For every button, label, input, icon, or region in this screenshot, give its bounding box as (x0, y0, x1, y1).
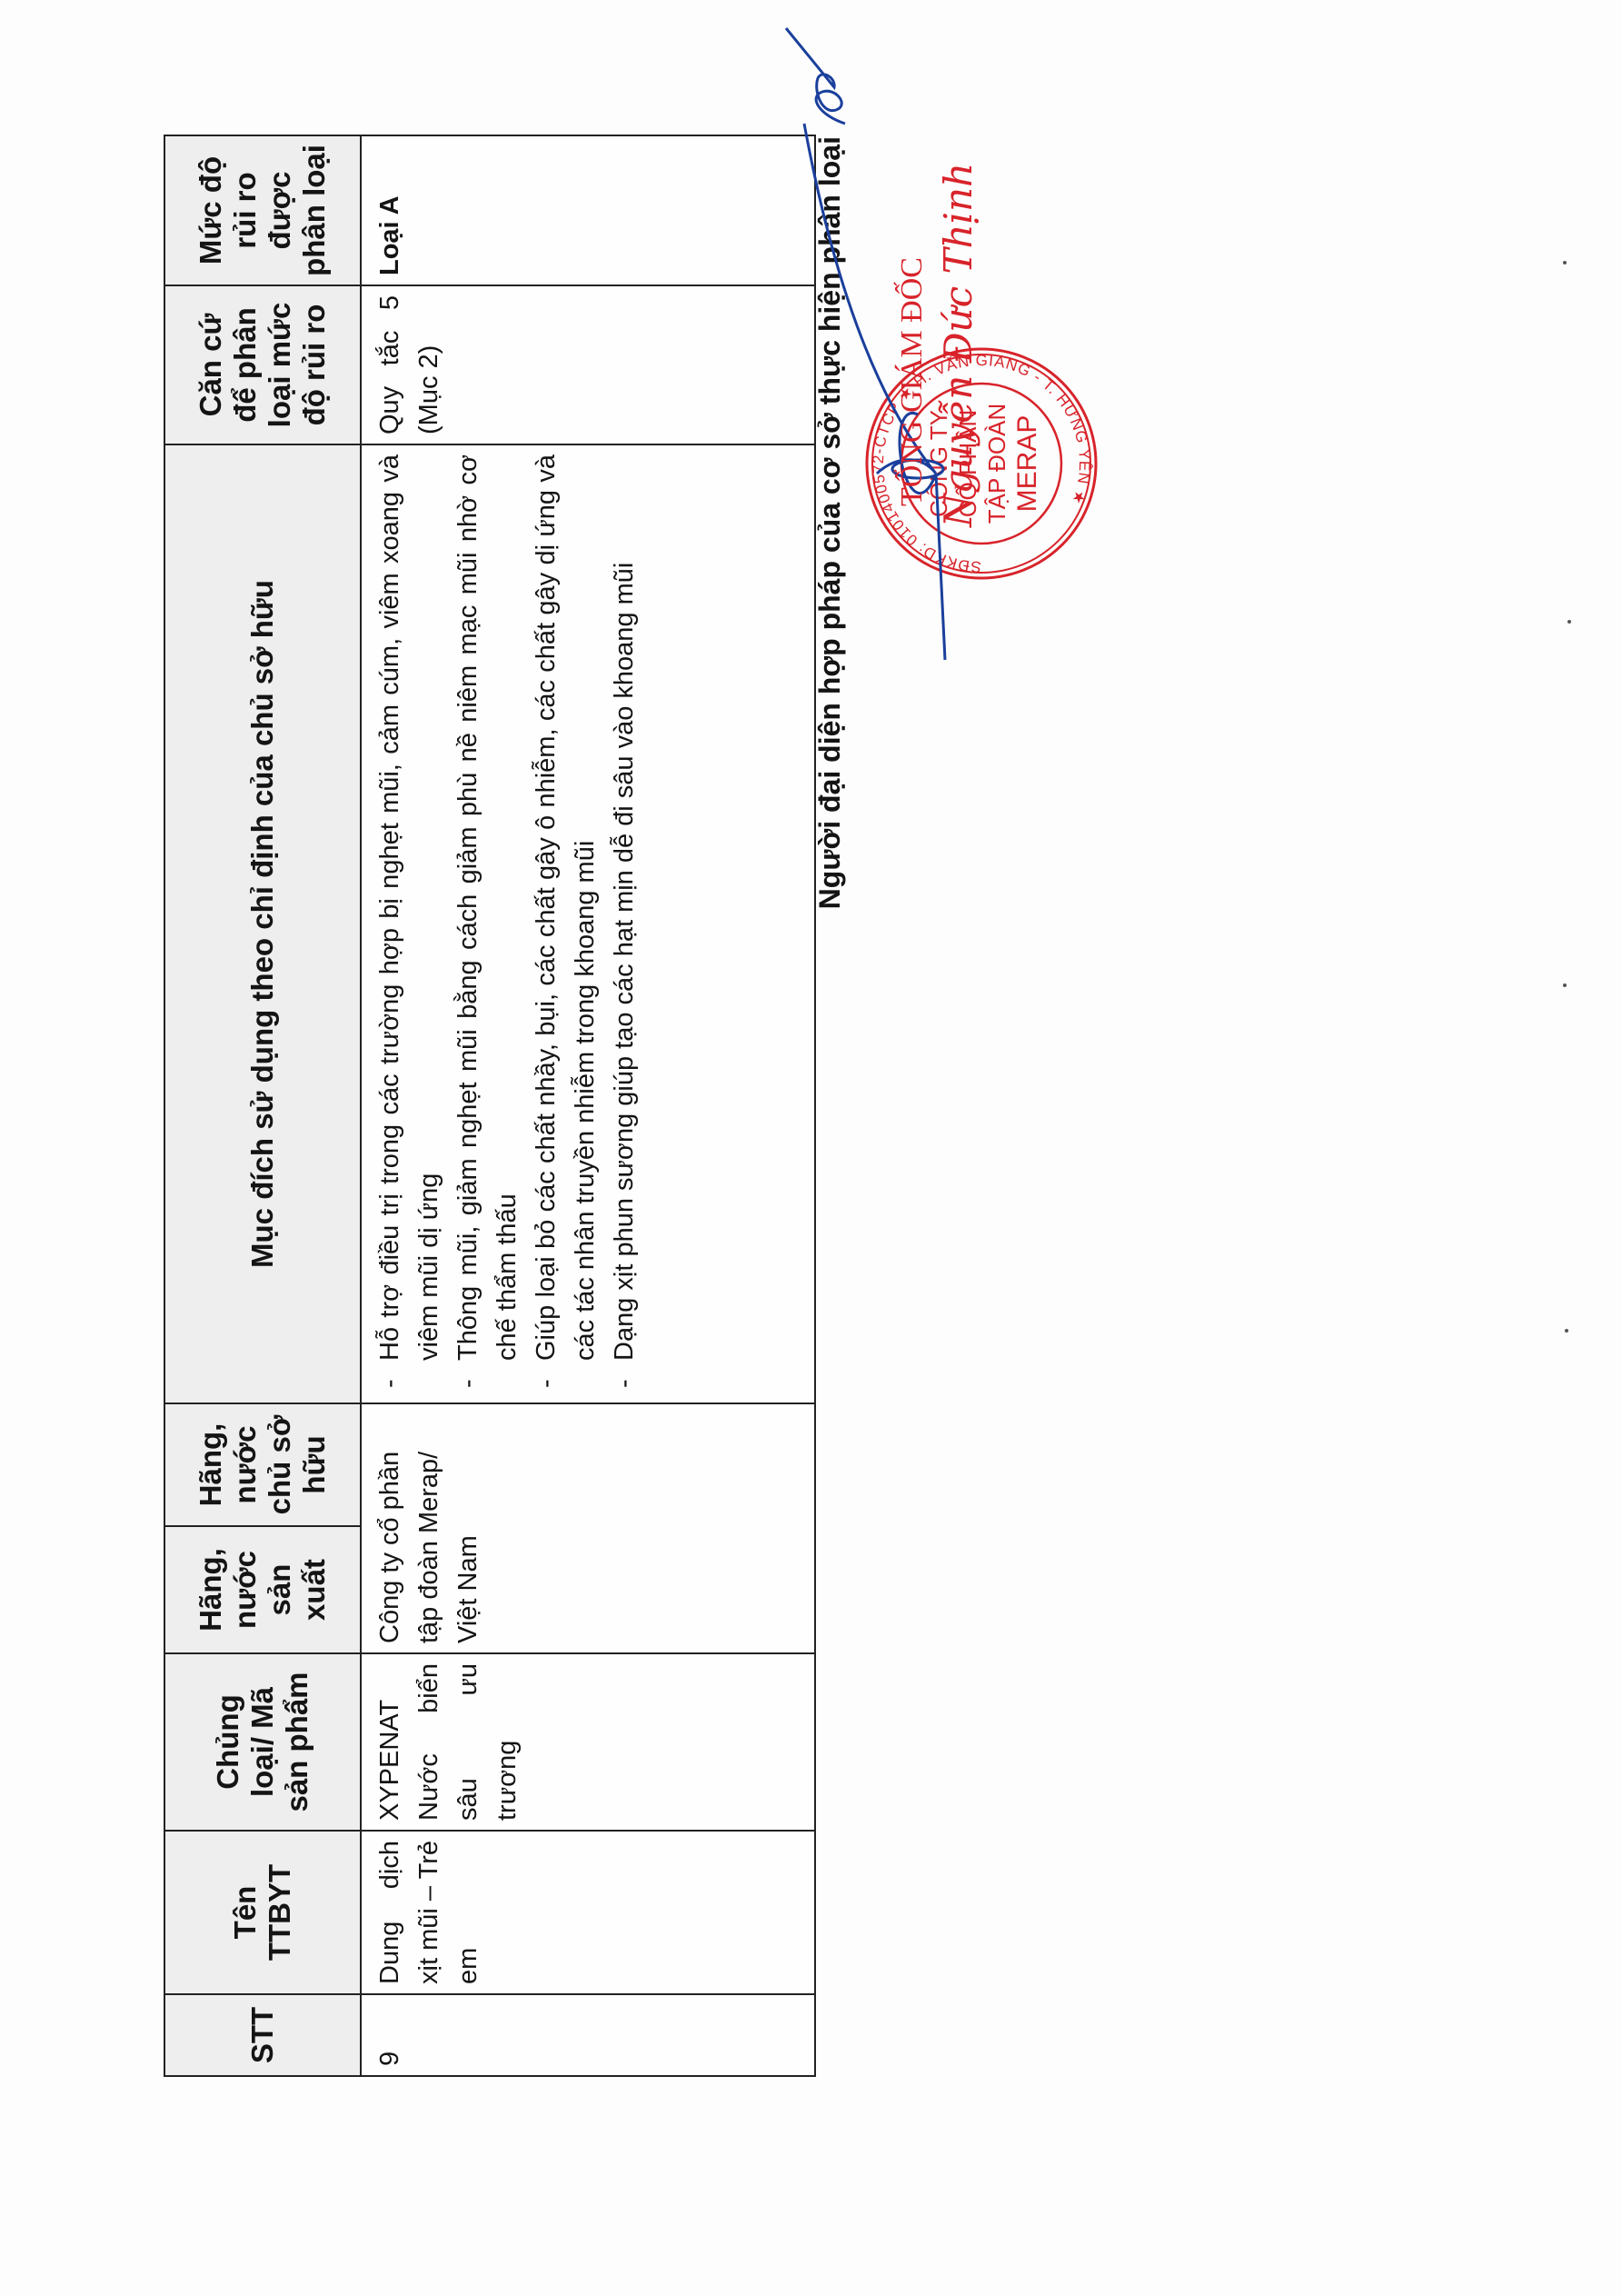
scan-speck (1563, 983, 1567, 987)
document-page: STT Tên TTBYT Chủng loại/ Mã sản phẩm Hã… (0, 0, 1622, 2296)
cell-device-name: Dung dịch xịt mũi – Trẻ em (361, 1831, 815, 1994)
svg-text:MERAP: MERAP (1012, 415, 1042, 513)
purpose-item: Hỗ trợ điều trị trong các trường hợp bị … (371, 454, 449, 1393)
header-basis: Căn cứ để phân loại mức độ rủi ro (164, 285, 361, 444)
header-type-code: Chủng loại/ Mã sản phẩm (164, 1653, 361, 1831)
scan-speck (1563, 261, 1567, 265)
cell-type-code: XYPENAT Nước biển sâu ưu trương (361, 1653, 815, 1831)
purpose-list: Hỗ trợ điều trị trong các trường hợp bị … (371, 454, 644, 1393)
header-risk-class: Mức độ rủi ro được phân loại (164, 135, 361, 285)
cell-stt: 9 (361, 1994, 815, 2076)
purpose-item: Giúp loại bỏ các chất nhầy, bụi, các chấ… (527, 454, 605, 1393)
table-header-row: STT Tên TTBYT Chủng loại/ Mã sản phẩm Hã… (164, 135, 361, 2076)
risk-classification-table: STT Tên TTBYT Chủng loại/ Mã sản phẩm Hã… (164, 135, 816, 2077)
table-row: 9 Dung dịch xịt mũi – Trẻ em XYPENAT Nướ… (361, 135, 815, 2076)
purpose-item: Dạng xịt phun sương giúp tạo các hạt mịn… (605, 454, 644, 1393)
header-owner: Hãng, nước chủ sở hữu (164, 1403, 361, 1526)
purpose-item: Thông mũi, giảm nghẹt mũi bằng cách giảm… (449, 454, 527, 1393)
scan-speck (1565, 1329, 1568, 1333)
cell-purpose: Hỗ trợ điều trị trong các trường hợp bị … (361, 444, 815, 1403)
cell-manufacturer-owner: Công ty cổ phần tập đoàn Merap/ Việt Nam (361, 1403, 815, 1653)
director-name: Nguyễn Đức Thịnh (936, 173, 980, 527)
header-purpose: Mục đích sử dụng theo chỉ định của chủ s… (164, 444, 361, 1403)
header-stt: STT (164, 1994, 361, 2076)
cell-risk-class: Loại A (361, 135, 815, 285)
director-title: TỔNG GIÁM ĐỐC (895, 245, 930, 518)
header-manufacturer: Hãng, nước sản xuất (164, 1526, 361, 1653)
scan-speck (1567, 620, 1571, 624)
header-device-name: Tên TTBYT (164, 1831, 361, 1994)
cell-basis: Quy tắc 5 (Mục 2) (361, 285, 815, 444)
